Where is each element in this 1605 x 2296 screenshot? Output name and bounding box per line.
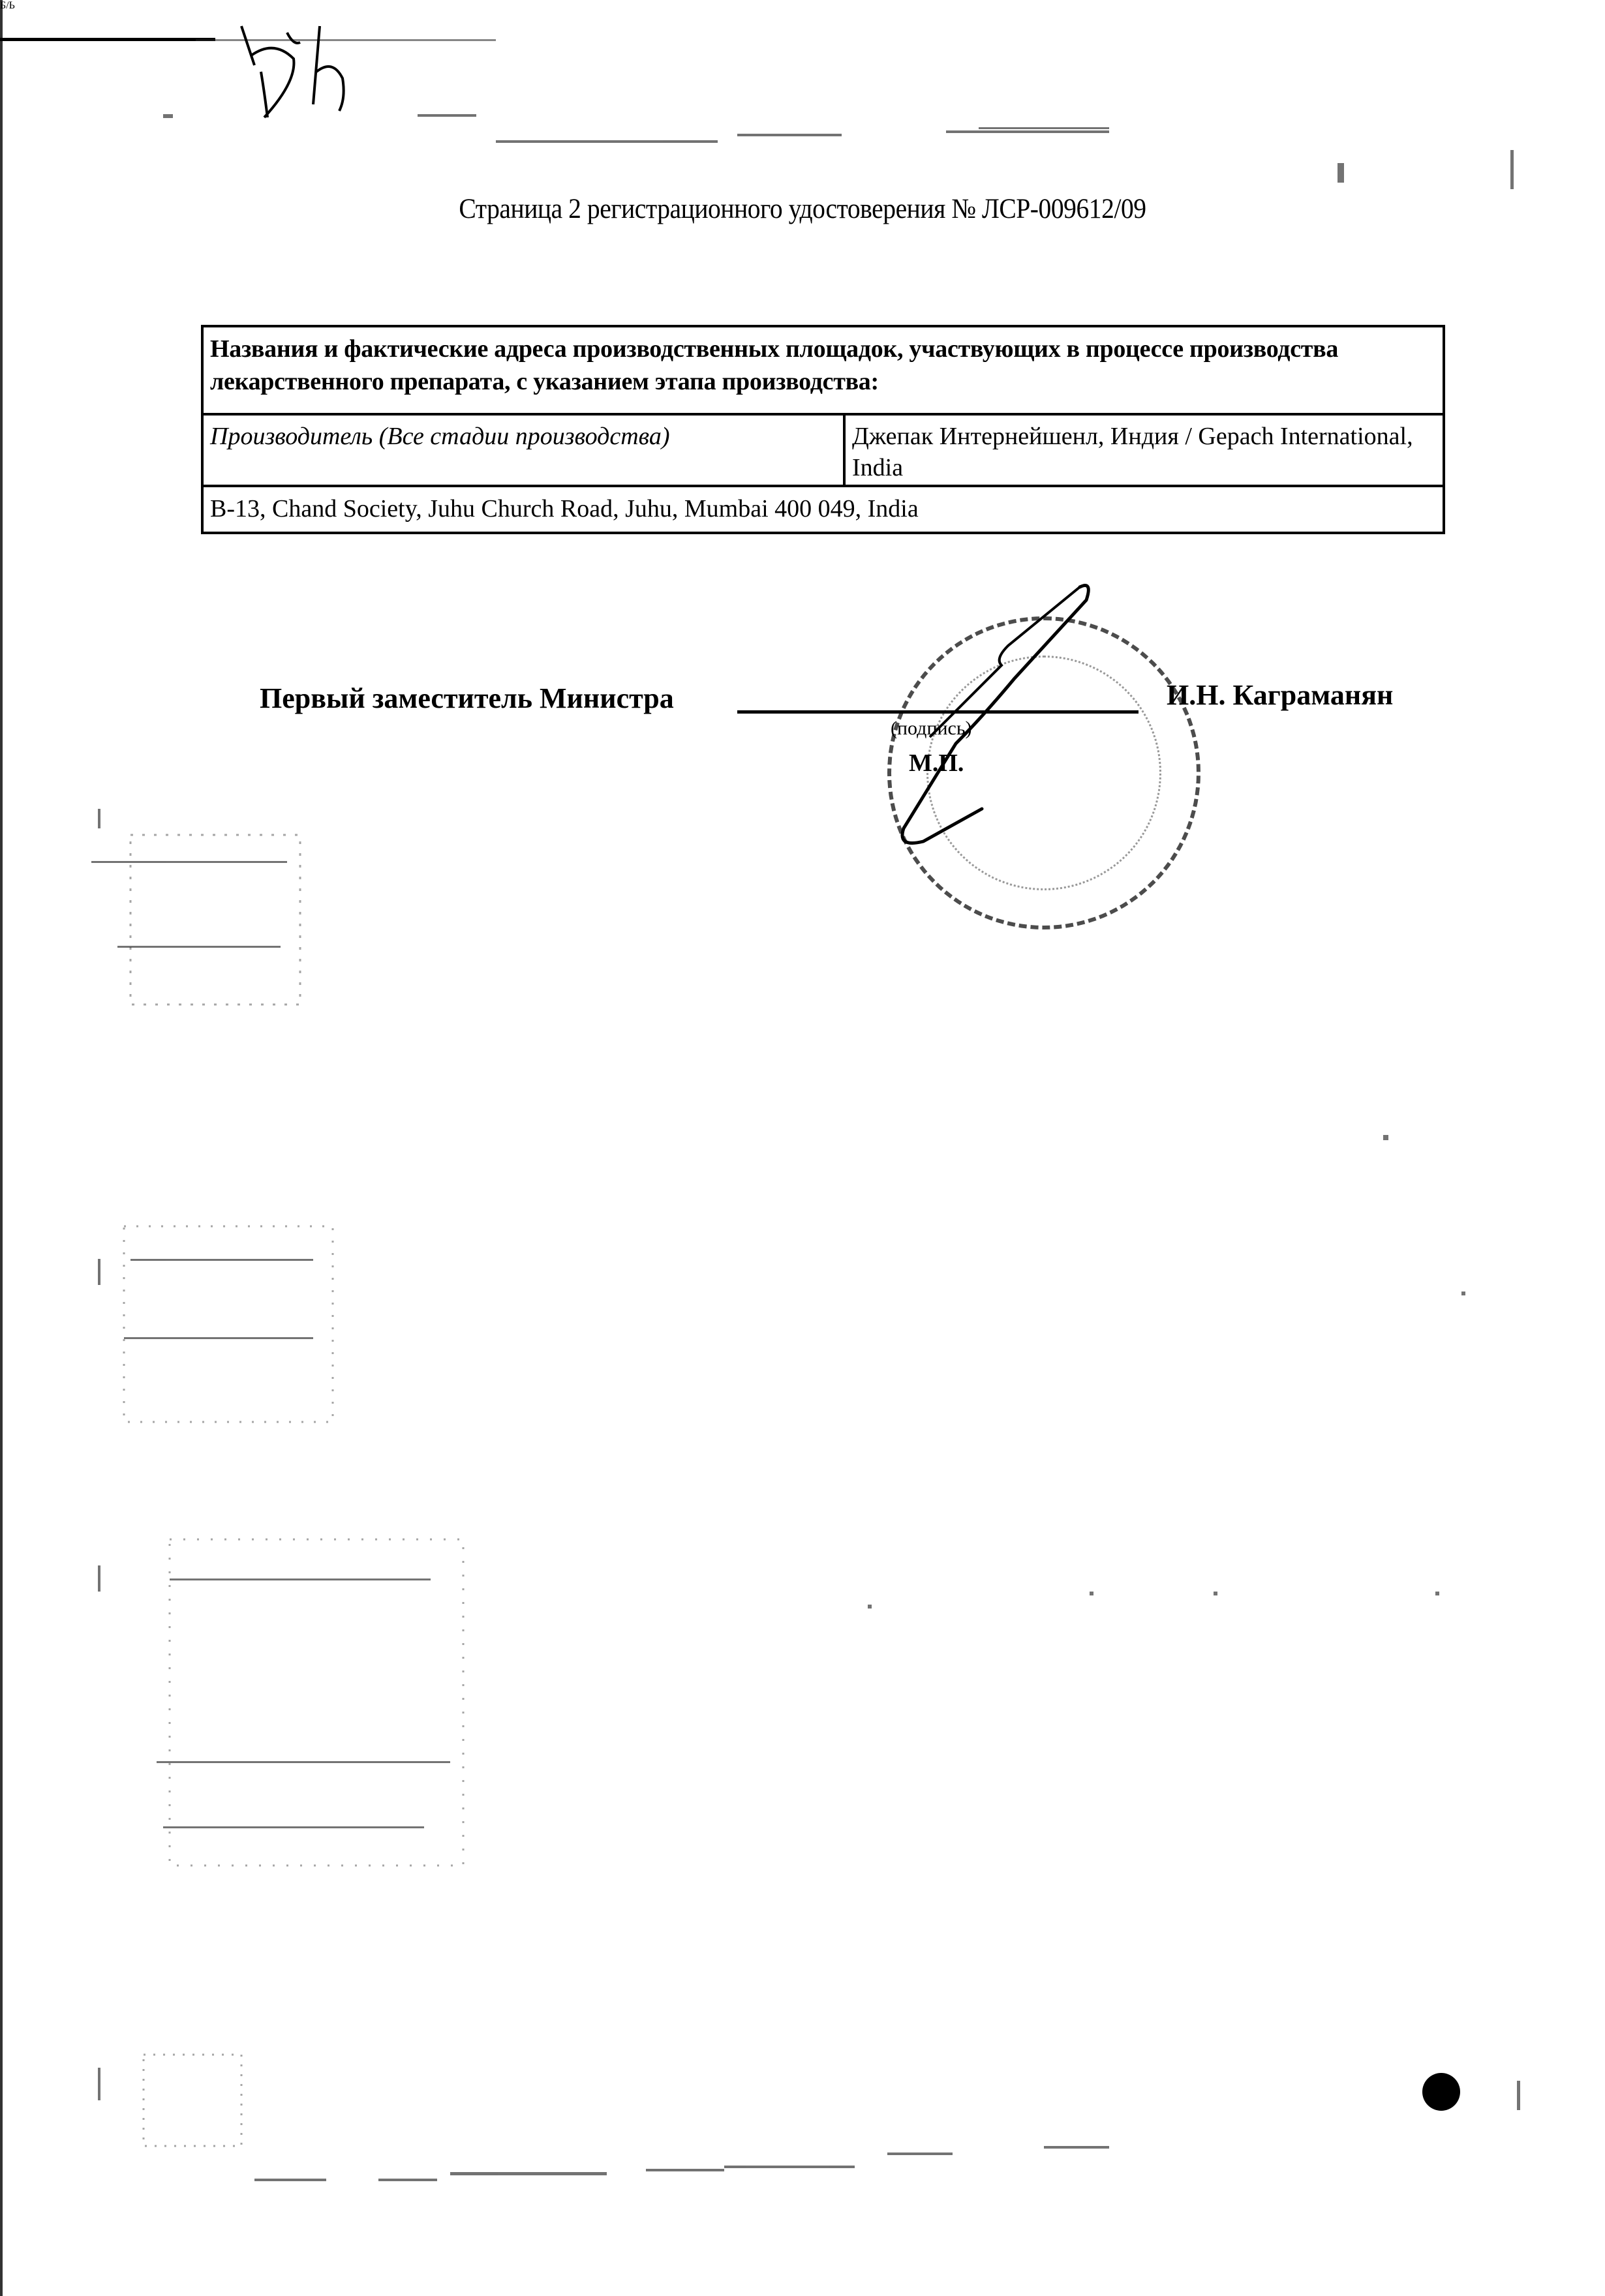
table-heading-row: Названия и фактические адреса производст… bbox=[202, 326, 1444, 414]
table-heading: Названия и фактические адреса производст… bbox=[202, 326, 1444, 414]
top-rule bbox=[0, 38, 215, 41]
production-sites-table: Названия и фактические адреса производст… bbox=[201, 325, 1445, 534]
table-address-row: B-13, Chand Society, Juhu Church Road, J… bbox=[202, 486, 1444, 533]
table-row: Производитель (Все стадии производства) … bbox=[202, 414, 1444, 486]
scan-edge bbox=[0, 0, 3, 2296]
page-header: Страница 2 регистрационного удостоверени… bbox=[64, 193, 1540, 225]
manufacturer-name: Джепак Интернейшенл, Индия / Gepach Inte… bbox=[844, 414, 1444, 486]
signatory-position: Первый заместитель Министра bbox=[260, 682, 674, 715]
handwritten-mark bbox=[235, 20, 365, 124]
punch-hole-mark bbox=[1422, 2073, 1460, 2111]
handwritten-signature bbox=[884, 574, 1145, 854]
manufacturer-role: Производитель (Все стадии производства) bbox=[202, 414, 844, 486]
signatory-name: И.Н. Каграманян bbox=[1167, 678, 1393, 712]
manufacturer-address: B-13, Chand Society, Juhu Church Road, J… bbox=[202, 486, 1444, 533]
